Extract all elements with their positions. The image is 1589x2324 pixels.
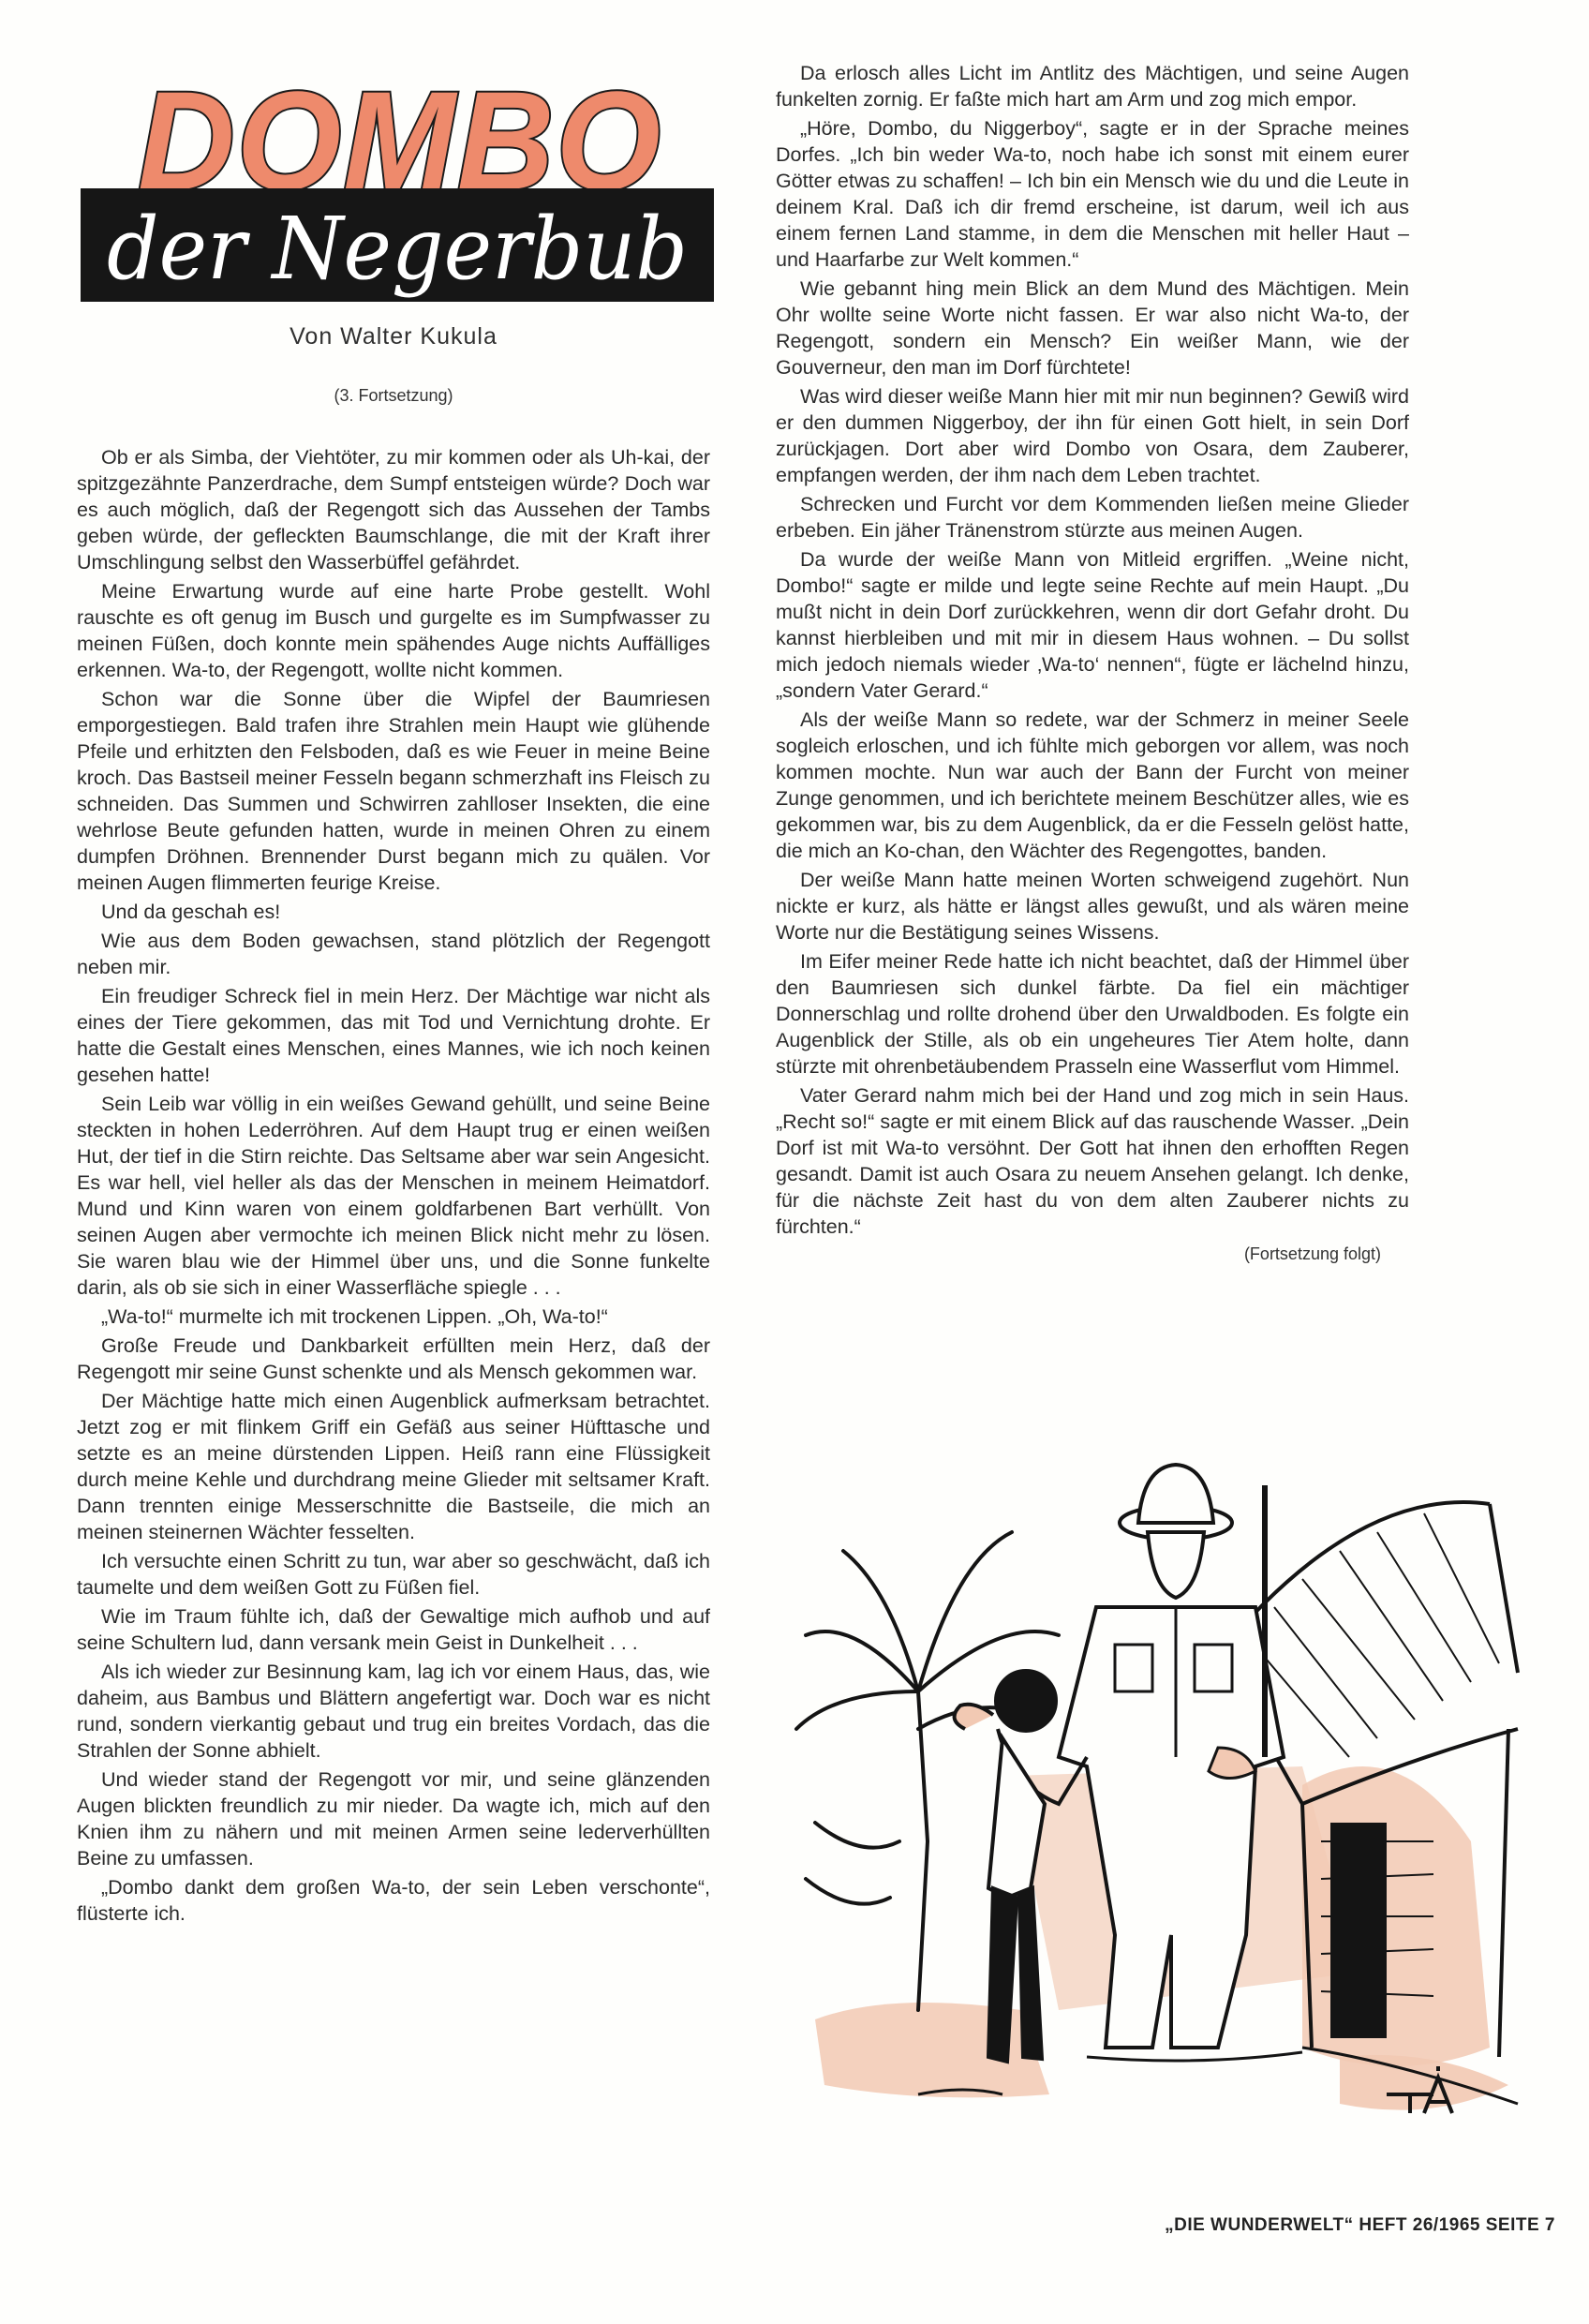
paragraph: Sein Leib war völlig in ein weißes Gewan… [77,1091,710,1301]
paragraph: Meine Erwartung wurde auf eine harte Pro… [77,578,710,683]
story-illustration [778,1448,1527,2132]
magazine-page: DOMBO der Negerbub Von Walter Kukula (3.… [0,0,1589,2324]
paragraph: Als ich wieder zur Besinnung kam, lag ic… [77,1659,710,1764]
paragraph: Ein freudiger Schreck fiel in mein Herz.… [77,983,710,1088]
paragraph: Der Mächtige hatte mich einen Augenblick… [77,1388,710,1545]
right-column: Da erlosch alles Licht im Antlitz des Mä… [776,60,1409,1267]
svg-text:DOMBO: DOMBO [138,75,662,201]
paragraph: „Dombo dankt dem großen Wa-to, der sein … [77,1874,710,1927]
subtitle-band: der Negerbub [81,188,714,302]
paragraph: Schon war die Sonne über die Wipfel der … [77,686,710,896]
svg-text:der Negerbub: der Negerbub [107,199,688,299]
paragraph: Da wurde der weiße Mann von Mitleid ergr… [776,546,1409,704]
paragraph: Da erlosch alles Licht im Antlitz des Mä… [776,60,1409,112]
paragraph: „Wa-to!“ murmelte ich mit trockenen Lipp… [77,1304,710,1330]
author-byline: Von Walter Kukula [77,323,710,350]
paragraph: Wie im Traum fühlte ich, daß der Gewalti… [77,1603,710,1656]
paragraph: Ob er als Simba, der Viehtöter, zu mir k… [77,444,710,575]
paragraph: Der weiße Mann hatte meinen Worten schwe… [776,867,1409,946]
title-dombo-lettering: DOMBO [133,75,667,201]
paragraph: Schrecken und Furcht vor dem Kommenden l… [776,491,1409,544]
paragraph: „Höre, Dombo, du Niggerboy“, sagte er in… [776,115,1409,273]
to-be-continued: (Fortsetzung folgt) [776,1241,1409,1267]
installment-label: (3. Fortsetzung) [77,386,710,406]
paragraph: Wie gebannt hing mein Blick an dem Mund … [776,276,1409,380]
paragraph: Vater Gerard nahm mich bei der Hand und … [776,1082,1409,1240]
paragraph: Und wieder stand der Regengott vor mir, … [77,1766,710,1871]
paragraph: Was wird dieser weiße Mann hier mit mir … [776,383,1409,488]
paragraph: Große Freude und Dankbarkeit erfüllten m… [77,1333,710,1385]
paragraph: Und da geschah es! [77,899,710,925]
page-footer: „DIE WUNDERWELT“ HEFT 26/1965 SEITE 7 [1152,2215,1555,2236]
left-column: Ob er als Simba, der Viehtöter, zu mir k… [77,444,710,1929]
illustration-drawing [778,1448,1527,2132]
paragraph: Als der weiße Mann so redete, war der Sc… [776,707,1409,864]
paragraph: Ich versuchte einen Schritt zu tun, war … [77,1548,710,1601]
title-dombo: DOMBO [133,75,667,201]
subtitle-lettering: der Negerbub [81,188,714,302]
title-block: DOMBO der Negerbub [81,75,714,305]
paragraph: Wie aus dem Boden gewachsen, stand plötz… [77,928,710,980]
paragraph: Im Eifer meiner Rede hatte ich nicht bea… [776,948,1409,1080]
